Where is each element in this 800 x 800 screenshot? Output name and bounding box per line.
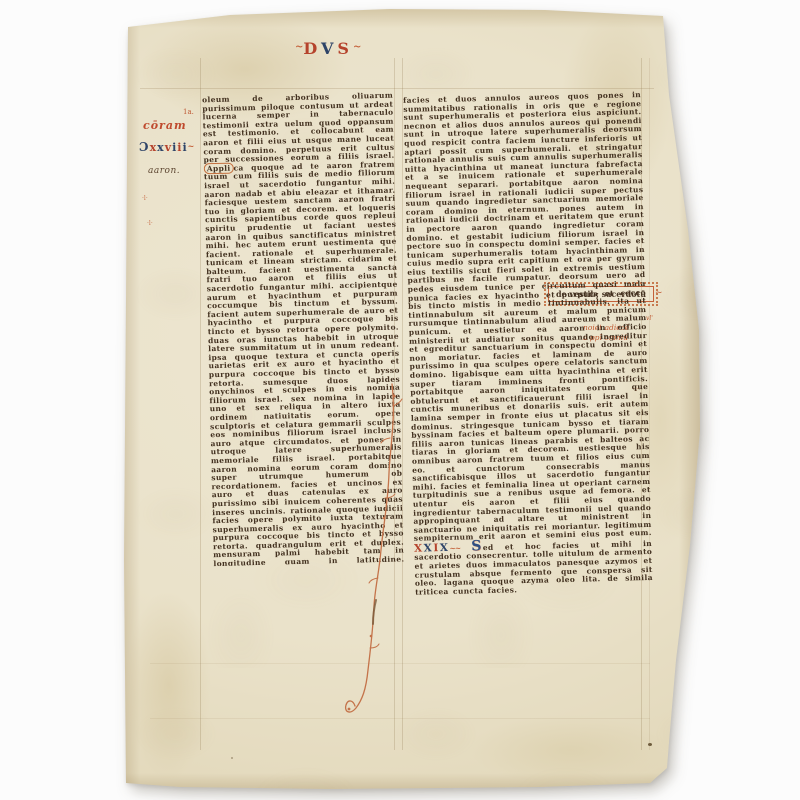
margin-note-top: 1a.	[183, 108, 194, 116]
manuscript-leaf: ~DVS~ 1a. cōram Ɔxxviii~ aaron. ·l· ·l· …	[0, 0, 800, 800]
penwork-flourish-icon	[340, 378, 410, 728]
right-column-text: facies et duos annulos aureos quos pones…	[403, 91, 652, 543]
running-title-letters: DVS	[303, 39, 353, 58]
chapter-28-digits: xxviii	[150, 141, 188, 154]
title-flourish-icon: ~	[353, 42, 361, 53]
ruling-line	[140, 88, 654, 89]
margin-note-aaron: aaron.	[148, 166, 180, 176]
margin-note-coram: cōram	[143, 119, 187, 132]
paraph-icon: Ɔ	[139, 140, 150, 154]
margin-tick: ·l·	[142, 195, 148, 202]
ruling-line	[200, 58, 201, 750]
red-note-superscript: vl'	[646, 315, 653, 322]
photograph: ~DVS~ 1a. cōram Ɔxxviii~ aaron. ·l· ·l· …	[0, 0, 800, 800]
left-column-text: oleum de arboribus oliuarum purissimum p…	[202, 92, 395, 165]
chapter-flourish-icon: ~	[188, 141, 196, 151]
leaf-shadow: ~DVS~ 1a. cōram Ɔxxviii~ aaron. ·l· ·l· …	[0, 0, 800, 800]
chapter-28-numeral: Ɔxxviii~	[139, 140, 195, 154]
margin-tick: ·l·	[147, 220, 153, 227]
ruling-line	[649, 58, 650, 750]
text-column-right: facies et duos annulos aureos quos pones…	[403, 91, 653, 601]
box-flourish-icon: ~	[655, 288, 663, 298]
speck	[231, 757, 233, 759]
running-title: ~DVS~	[295, 39, 361, 58]
